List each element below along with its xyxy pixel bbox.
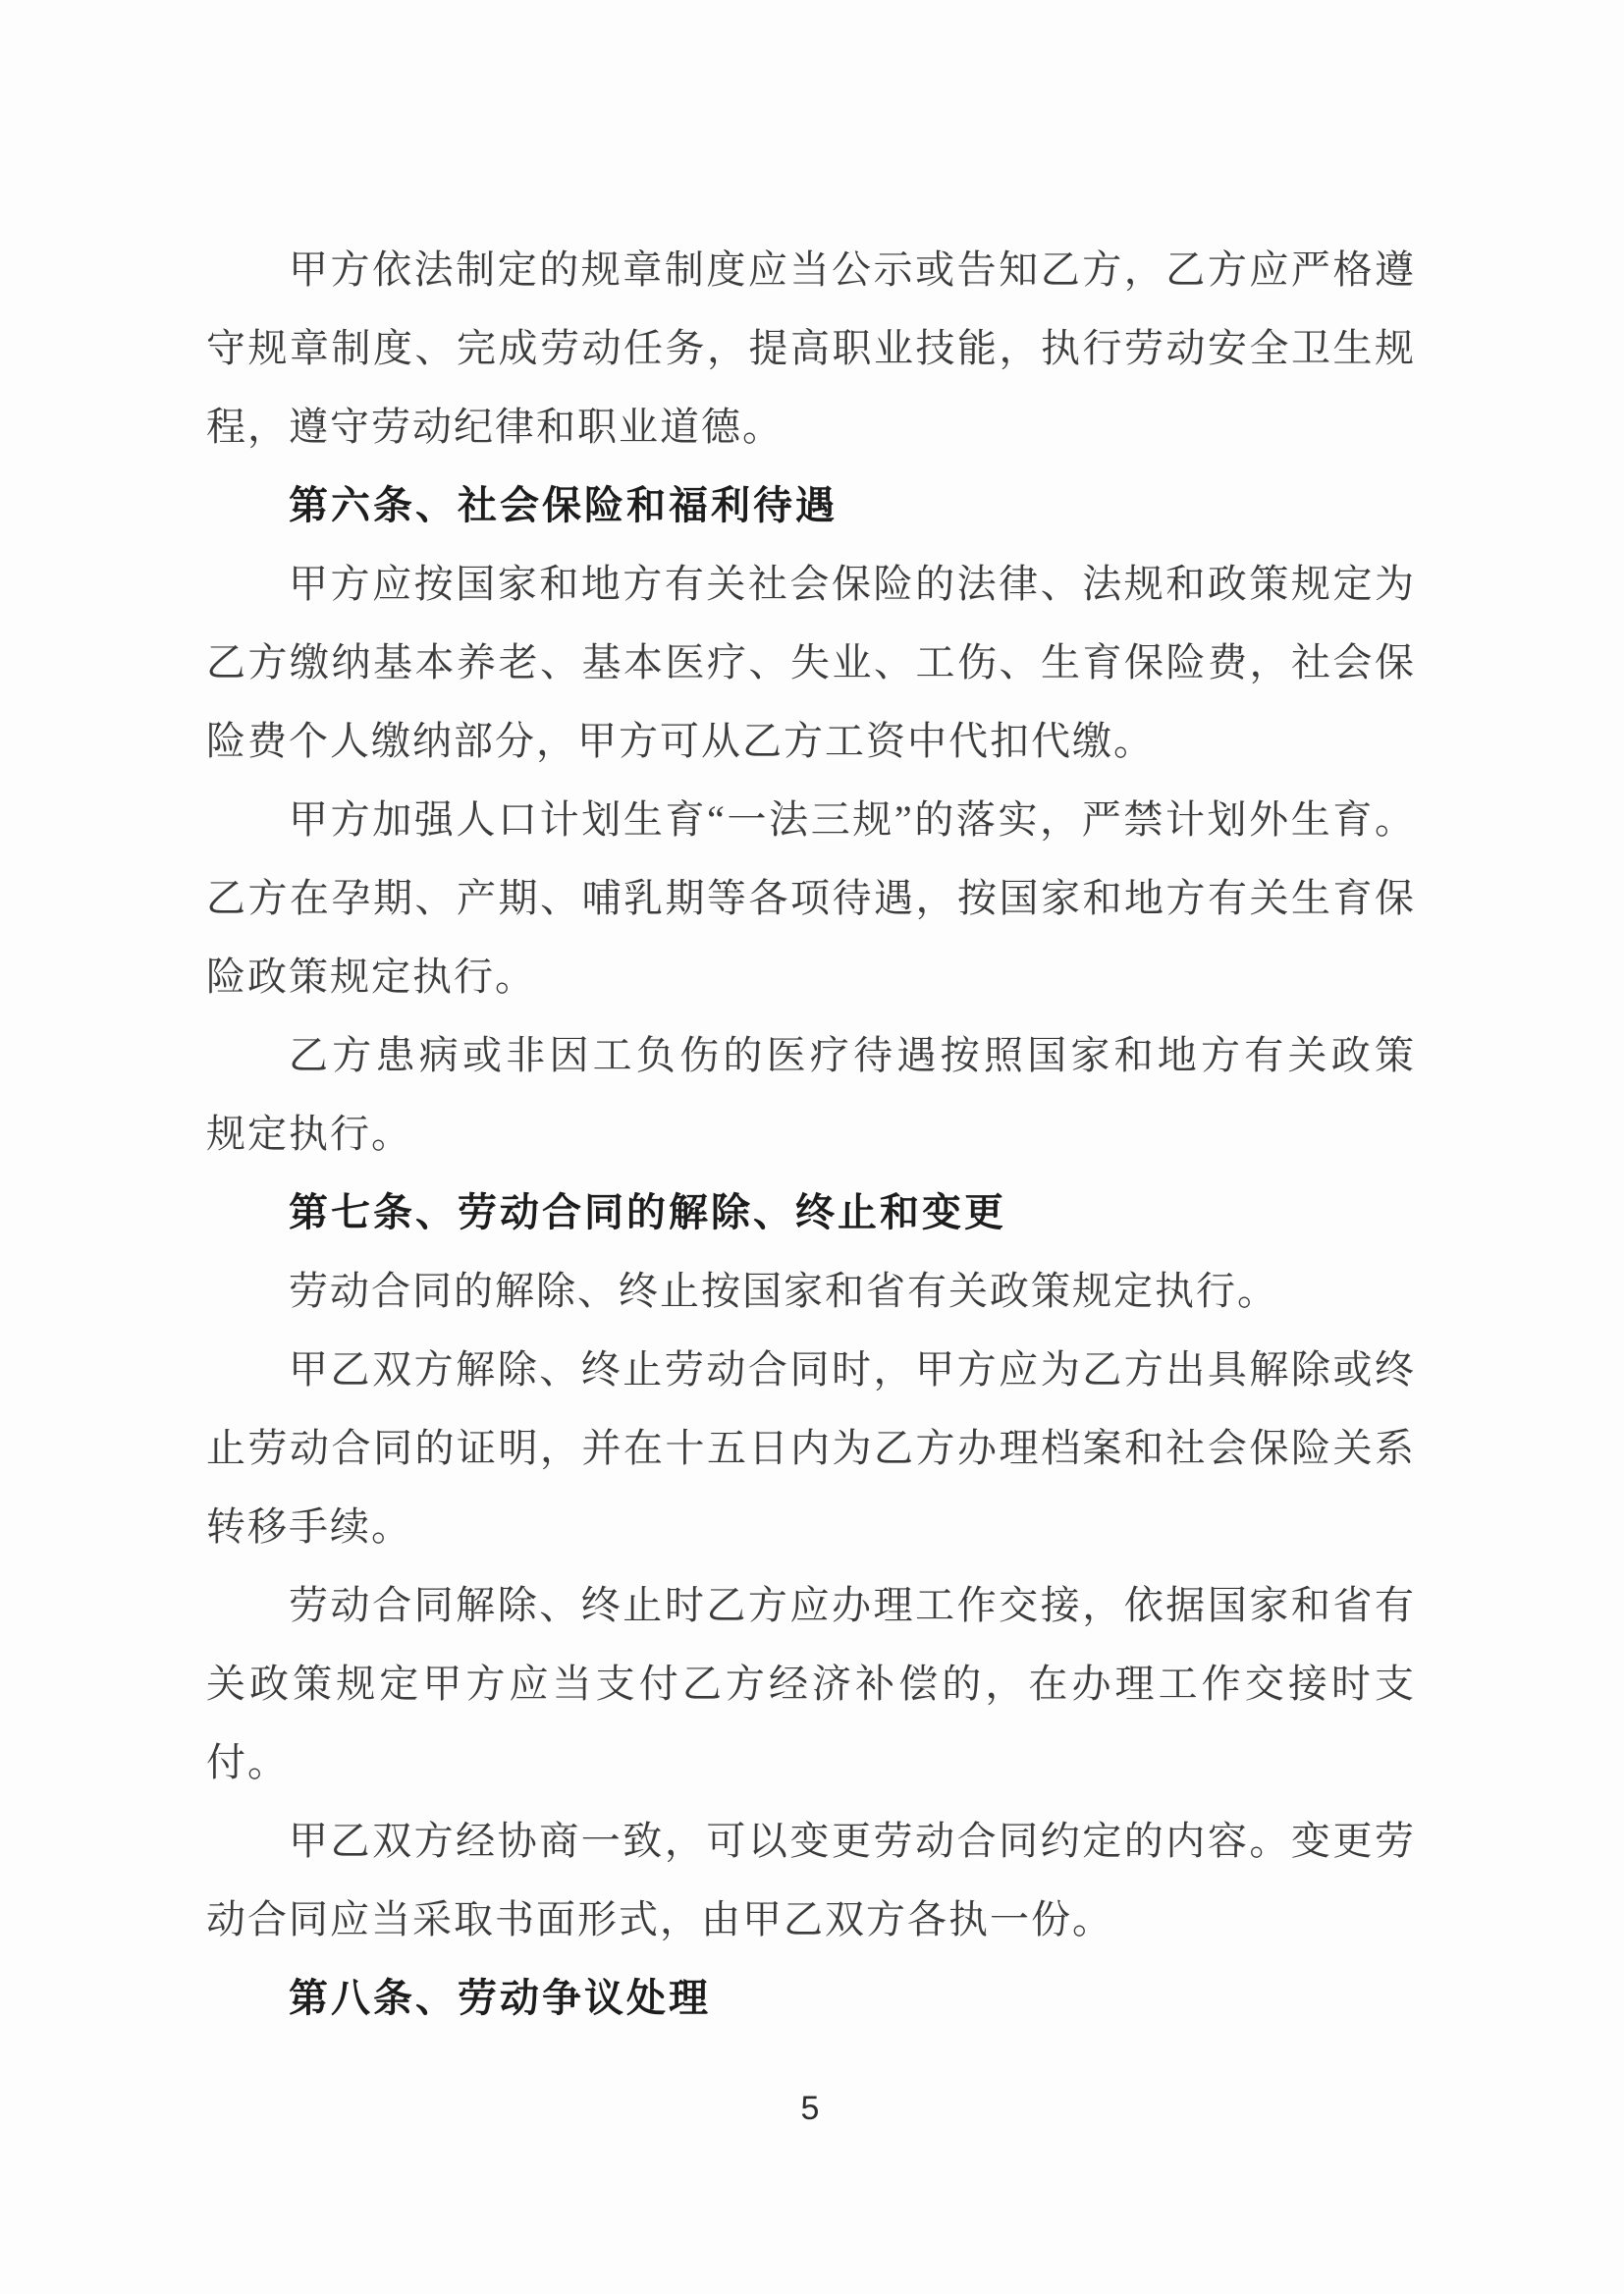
text-line: 关政策规定甲方应当支付乙方经济补偿的，在办理工作交接时支 [206,1645,1414,1723]
text-line: 甲乙双方经协商一致，可以变更劳动合同约定的内容。变更劳 [206,1802,1414,1881]
text-line: 甲方依法制定的规章制度应当公示或告知乙方，乙方应严格遵 [206,231,1414,309]
section-heading-article-7: 第七条、劳动合同的解除、终止和变更 [206,1174,1414,1252]
text-line: 付。 [206,1723,1414,1802]
text-line: 乙方患病或非因工负伤的医疗待遇按照国家和地方有关政策 [206,1016,1414,1095]
text-line: 乙方缴纳基本养老、基本医疗、失业、工伤、生育保险费，社会保 [206,624,1414,702]
text-line: 乙方在孕期、产期、哺乳期等各项待遇，按国家和地方有关生育保 [206,859,1414,938]
contract-text-block: 甲方依法制定的规章制度应当公示或告知乙方，乙方应严格遵 守规章制度、完成劳动任务… [206,231,1414,2138]
contract-page: 甲方依法制定的规章制度应当公示或告知乙方，乙方应严格遵 守规章制度、完成劳动任务… [0,0,1624,2294]
text-line: 甲方应按国家和地方有关社会保险的法律、法规和政策规定为 [206,545,1414,624]
text-line: 险费个人缴纳部分，甲方可从乙方工资中代扣代缴。 [206,702,1414,781]
page-number: 5 [206,2079,1414,2138]
text-line: 规定执行。 [206,1095,1414,1174]
text-line: 程，遵守劳动纪律和职业道德。 [206,388,1414,466]
text-line: 险政策规定执行。 [206,938,1414,1016]
text-line: 转移手续。 [206,1488,1414,1566]
section-heading-article-6: 第六条、社会保险和福利待遇 [206,466,1414,545]
text-line: 甲方加强人口计划生育“一法三规”的落实，严禁计划外生育。 [206,781,1414,859]
text-line: 劳动合同解除、终止时乙方应办理工作交接，依据国家和省有 [206,1566,1414,1645]
section-heading-article-8: 第八条、劳动争议处理 [206,1959,1414,2038]
text-line: 甲乙双方解除、终止劳动合同时，甲方应为乙方出具解除或终 [206,1331,1414,1409]
text-line: 守规章制度、完成劳动任务，提高职业技能，执行劳动安全卫生规 [206,309,1414,388]
text-line: 动合同应当采取书面形式，由甲乙双方各执一份。 [206,1881,1414,1959]
text-line: 劳动合同的解除、终止按国家和省有关政策规定执行。 [206,1252,1414,1331]
text-line: 止劳动合同的证明，并在十五日内为乙方办理档案和社会保险关系 [206,1409,1414,1488]
